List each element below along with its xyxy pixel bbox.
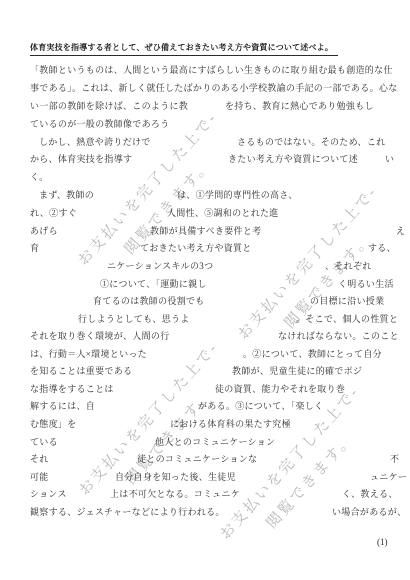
body-line-segment: 。そこで、個人の性質と bbox=[296, 314, 398, 325]
body-line-segment: 徒とのコミュニケーションな bbox=[137, 454, 257, 465]
essay-prompt-title: 体育実技を指導する者として、ぜひ備えておきたい考え方や資質について述べよ。 bbox=[30, 42, 338, 56]
body-line-segment: く、教える、 bbox=[342, 489, 398, 500]
body-line-segment: ①について、「運動に親し bbox=[100, 279, 207, 290]
body-line-segment: それ bbox=[30, 454, 49, 465]
body-line-segment: ュニケー bbox=[370, 472, 407, 483]
body-line-segment: く。 bbox=[30, 172, 48, 183]
body-line-segment: い bbox=[385, 154, 394, 165]
page-number: (1) bbox=[377, 537, 388, 547]
body-line-segment: 行しようとしても、思うよ bbox=[78, 314, 190, 325]
body-line-segment: なければならない。このこと bbox=[278, 331, 399, 342]
body-line-segment: 可能 bbox=[30, 472, 49, 483]
body-line-segment: 解するには、自 bbox=[30, 401, 95, 412]
body-line-segment: 「教師というものは、人間という最高にすばらしい生きものに取り組む最も創造的な仕 bbox=[30, 65, 393, 76]
body-line-segment: から、体育実技を指導す bbox=[30, 154, 132, 165]
body-line-segment: きたい考え方や資質について述 bbox=[228, 154, 358, 165]
body-line-segment: ているのが一般の教師像であろう bbox=[30, 119, 170, 130]
body-line-segment: 。②について、教師にとって自分 bbox=[243, 349, 382, 360]
body-line-segment: ニケーションスキルの3つ bbox=[107, 261, 213, 272]
body-line-segment: 育 bbox=[30, 243, 39, 254]
body-line-segment: 他人とのコミュニケーション bbox=[155, 437, 275, 448]
body-line-segment: 不 bbox=[390, 454, 399, 465]
body-line-segment: がある。③について、「楽しく bbox=[198, 401, 323, 412]
body-line-segment: の目標に沿い授業 bbox=[310, 296, 384, 307]
body-line-segment: く明るい生活 bbox=[338, 279, 394, 290]
body-line-segment: な指導をすることは bbox=[30, 384, 114, 395]
body-line-segment: 、それぞれ bbox=[325, 261, 372, 272]
body-line-segment: まず、教師の bbox=[39, 190, 94, 201]
body-line-segment: ておきたい考え方や資質と bbox=[140, 243, 252, 254]
body-line-segment: 事である」。これは、新しく就任したばかりのある小学校教諭の手記の一部である。心な bbox=[30, 83, 398, 94]
body-line-segment: れ、②すぐ bbox=[30, 208, 77, 219]
body-line-segment: 人間性、⑤調和のとれた進 bbox=[167, 208, 279, 219]
body-line-segment: い場合があるが、 bbox=[332, 507, 406, 518]
body-line-segment: ている bbox=[30, 437, 58, 448]
body-line-segment: を持ち、教育に熱心であり勉強もし bbox=[225, 101, 374, 112]
body-line-segment: い一部の教師を除けば、このように教 bbox=[30, 101, 188, 112]
body-line-segment: 徒の資質、能力やそれを取り巻 bbox=[215, 384, 345, 395]
body-line-segment: 教師が、児童生徒に的確でポジ bbox=[232, 366, 362, 377]
body-line-segment: ションス bbox=[30, 489, 67, 500]
body-line-segment: しかし、熱意や誇りだけで bbox=[39, 137, 151, 148]
body-line-segment: 上は不可欠となる。コミュニケ bbox=[110, 489, 240, 500]
body-line-segment: 観察する、ジェスチャーなどにより行われる。 bbox=[30, 507, 225, 518]
body-line-segment: 教師が具備すべき要件と考 bbox=[150, 226, 261, 237]
body-line-segment: あげら bbox=[30, 226, 58, 237]
body-line-segment: は、行動＝人×環境といった bbox=[30, 349, 147, 360]
body-line-segment: 育てるのは教師の役割でも bbox=[93, 296, 205, 307]
body-line-segment: それを取り巻く環境が、人間の行 bbox=[30, 331, 170, 342]
body-line-segment: は、①学問的専門性の高さ、 bbox=[177, 190, 298, 201]
body-line-segment: における体育科の果たす究極 bbox=[170, 419, 291, 430]
body-line-segment: を知ることは重要である bbox=[30, 366, 132, 377]
body-line-segment: さるものではない。そのため、これ bbox=[237, 137, 385, 148]
body-line-segment: え bbox=[396, 226, 405, 237]
body-line-segment: 自分自身を知った後、生徒児 bbox=[115, 472, 236, 483]
body-line-segment: する、 bbox=[368, 243, 396, 254]
body-line-segment: む態度」を bbox=[30, 419, 77, 430]
scanned-document-page: 体育実技を指導する者として、ぜひ備えておきたい考え方や資質について述べよ。 「教… bbox=[0, 0, 410, 580]
